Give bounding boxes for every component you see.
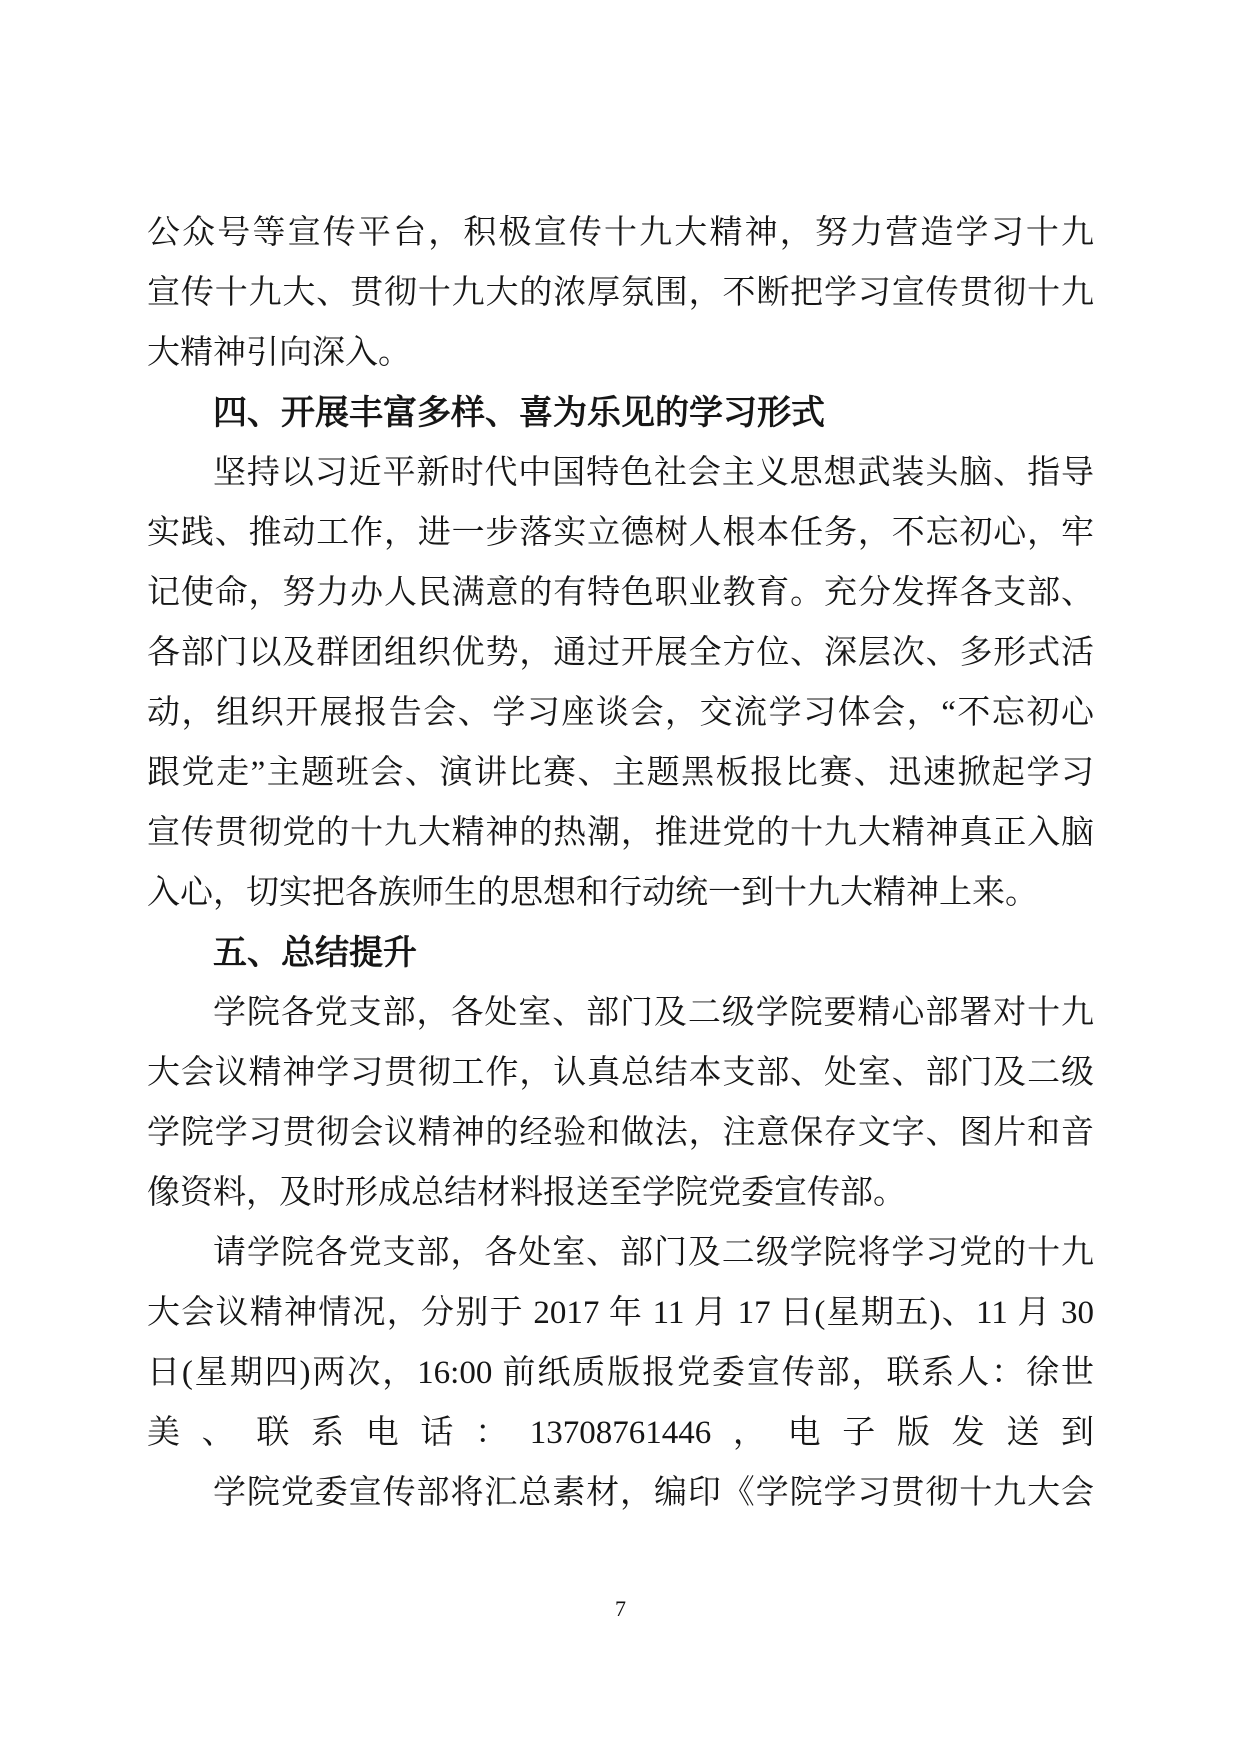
section-heading: 四、开展丰富多样、喜为乐见的学习形式 — [147, 383, 1094, 443]
text-line: 学院党委宣传部将汇总素材，编印《学院学习贯彻十九大会 — [147, 1463, 1094, 1523]
text-line: 大会议精神情况，分别于 2017 年 11 月 17 日(星期五)、11 月 3… — [147, 1283, 1094, 1343]
text-line: 宣传十九大、贯彻十九大的浓厚氛围，不断把学习宣传贯彻十九 — [147, 263, 1094, 323]
text-line: 坚持以习近平新时代中国特色社会主义思想武装头脑、指导 — [147, 443, 1094, 503]
text-line: 学院各党支部，各处室、部门及二级学院要精心部署对十九 — [147, 983, 1094, 1043]
text-line: 跟党走”主题班会、演讲比赛、主题黑板报比赛、迅速掀起学习 — [147, 743, 1094, 803]
text-line: 动，组织开展报告会、学习座谈会，交流学习体会，“不忘初心 — [147, 683, 1094, 743]
document-page: 公众号等宣传平台，积极宣传十九大精神，努力营造学习十九大、宣传十九大、贯彻十九大… — [0, 0, 1241, 1754]
text-line: 实践、推动工作，进一步落实立德树人根本任务，不忘初心，牢 — [147, 503, 1094, 563]
section-heading: 五、总结提升 — [147, 923, 1094, 983]
text-line: 公众号等宣传平台，积极宣传十九大精神，努力营造学习十九大、 — [147, 203, 1094, 263]
text-line: 请学院各党支部，各处室、部门及二级学院将学习党的十九 — [147, 1223, 1094, 1283]
text-line: 大会议精神学习贯彻工作，认真总结本支部、处室、部门及二级 — [147, 1043, 1094, 1103]
text-line: 宣传贯彻党的十九大精神的热潮，推进党的十九大精神真正入脑 — [147, 803, 1094, 863]
page-number: 7 — [0, 1596, 1241, 1622]
text-line: 像资料，及时形成总结材料报送至学院党委宣传部。 — [147, 1163, 1094, 1223]
text-line: 各部门以及群团组织优势，通过开展全方位、深层次、多形式活 — [147, 623, 1094, 683]
text-line: 日(星期四)两次，16:00 前纸质版报党委宣传部，联系人：徐世 — [147, 1343, 1094, 1403]
document-body: 公众号等宣传平台，积极宣传十九大精神，努力营造学习十九大、宣传十九大、贯彻十九大… — [147, 203, 1094, 1523]
text-line: 大精神引向深入。 — [147, 323, 1094, 383]
text-line: 入心，切实把各族师生的思想和行动统一到十九大精神上来。 — [147, 863, 1094, 923]
text-line: 记使命，努力办人民满意的有特色职业教育。充分发挥各支部、 — [147, 563, 1094, 623]
text-line: 学院学习贯彻会议精神的经验和做法，注意保存文字、图片和音 — [147, 1103, 1094, 1163]
text-line: 美、联系电话：13708761446，电子版发送到 429611379@qq.c… — [147, 1403, 1094, 1463]
